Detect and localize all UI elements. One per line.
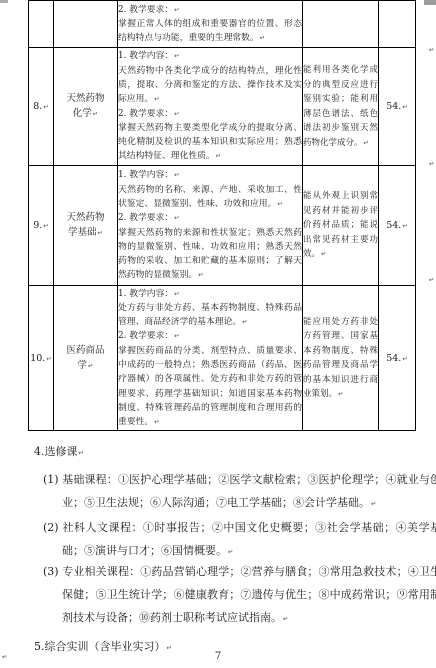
- paragraph-mark: ↵: [154, 418, 159, 426]
- course-table-body: 2. 教学要求：↵掌握正常人体的组成和重要器官的位置、形态结构特点与功能，重要的…: [29, 1, 416, 431]
- content-paragraph: 2. 教学要求：↵: [118, 3, 302, 17]
- paragraph-mark: ↵: [402, 222, 407, 230]
- paragraph-mark: ↵: [98, 229, 103, 237]
- elective-group-basic: (1) 基础课程：①医护心理学基础；②医学文献检索；③医护伦理学；④就业与创业；…: [43, 468, 436, 516]
- content-paragraph: 处方药与非处方药、基本药物制度、特殊药品管理、商品经济学的基本理论。↵: [118, 301, 302, 330]
- paragraph-mark: ↵: [93, 110, 98, 118]
- paragraph-mark: ↵: [154, 95, 159, 103]
- paragraph-mark: ↵: [174, 6, 179, 14]
- course-name-cell: [54, 1, 118, 48]
- elective-heading-text: 4.选修课: [34, 445, 78, 458]
- paragraph-mark: ↵: [228, 548, 233, 556]
- class-hours-cell: [379, 1, 416, 48]
- course-table: 2. 教学要求：↵掌握正常人体的组成和重要器官的位置、形态结构特点与功能，重要的…: [28, 0, 416, 431]
- elective-group-text: (3) 专业相关课程：①药品营销心理学；②营养与膳食；③常用急救技术；④卫生保健…: [43, 565, 436, 624]
- paragraph-mark: ↵: [174, 52, 179, 60]
- paragraph-mark: ↵: [79, 449, 84, 457]
- page-edge-artifact-right: [424, 0, 436, 5]
- table-row: 8.↵天然药物 化学↵1. 教学内容：↵天然药物中各类化学成分的结构特点，理化性…: [29, 48, 416, 166]
- paragraph-mark: ↵: [216, 152, 221, 160]
- course-number-cell: 8.↵: [29, 48, 54, 166]
- content-paragraph: 掌握正常人体的组成和重要器官的位置、形态结构特点与功能，重要的生理常数。↵: [118, 17, 302, 46]
- page-number: 7: [0, 651, 436, 662]
- page-edge-artifact-left: [0, 0, 8, 3]
- content-paragraph: 天然药物的名称、来源、产地、采收加工、性状鉴定、显微鉴别、性味、功效和应用。↵: [118, 183, 302, 212]
- table-row: 2. 教学要求：↵掌握正常人体的组成和重要器官的位置、形态结构特点与功能，重要的…: [29, 1, 416, 48]
- paragraph-mark: ↵: [88, 362, 93, 370]
- paragraph-mark: ↵: [43, 222, 48, 230]
- course-content-cell: 2. 教学要求：↵掌握正常人体的组成和重要器官的位置、形态结构特点与功能，重要的…: [118, 1, 303, 48]
- content-paragraph: 2. 教学要求：↵: [118, 107, 302, 121]
- paragraph-mark: ↵: [46, 355, 51, 363]
- content-paragraph: 1. 教学内容：↵: [118, 287, 302, 301]
- course-name-cell: 天然药物 学基础↵: [54, 166, 118, 286]
- paragraph-mark: ↵: [260, 34, 265, 42]
- paragraph-mark: ↵: [338, 390, 343, 398]
- class-hours-cell: 54.↵: [379, 48, 416, 166]
- paragraph-mark: ↵: [174, 290, 179, 298]
- content-paragraph: 天然药物中各类化学成分的结构特点，理化性质，提取、分离和鉴定的方法、操作技术及实…: [118, 64, 302, 107]
- paragraph-mark: ↵: [277, 200, 282, 208]
- course-name-cell: 医药商品 学↵: [54, 286, 118, 431]
- skill-requirement-cell: 能应用处方药非处方药管理、国家基本药物制度、特殊药品管理及商品学的基本知识进行商…: [303, 286, 379, 431]
- course-number-cell: [29, 1, 54, 48]
- course-content-cell: 1. 教学内容：↵天然药物的名称、来源、产地、采收加工、性状鉴定、显微鉴别、性味…: [118, 166, 303, 286]
- paragraph-mark: ↵: [402, 355, 407, 363]
- elective-group-text: (1) 基础课程：①医护心理学基础；②医学文献检索；③医护伦理学；④就业与创业；…: [43, 473, 436, 509]
- course-content-cell: 1. 教学内容：↵处方药与非处方药、基本药物制度、特殊药品管理、商品经济学的基本…: [118, 286, 303, 431]
- paragraph-mark: ↵: [242, 318, 247, 326]
- course-content-cell: 1. 教学内容：↵天然药物中各类化学成分的结构特点，理化性质，提取、分离和鉴定的…: [118, 48, 303, 166]
- paragraph-mark: ↵: [321, 250, 326, 258]
- table-row: 10.↵医药商品 学↵1. 教学内容：↵处方药与非处方药、基本药物制度、特殊药品…: [29, 286, 416, 431]
- elective-group-professional: (3) 专业相关课程：①药品营销心理学；②营养与膳食；③常用急救技术；④卫生保健…: [43, 560, 436, 631]
- elective-group-text: (2) 社科人文课程：①时事报告；②中国文化史概要；③社会学基础；④美学基础；⑤…: [43, 521, 436, 557]
- course-number-cell: 9.↵: [29, 166, 54, 286]
- paragraph-mark: ↵: [402, 103, 407, 111]
- paragraph-mark: ↵: [283, 615, 288, 623]
- row-end-mark: ↵: [429, 160, 434, 168]
- elective-courses-heading: 4.选修课↵: [34, 440, 84, 465]
- content-paragraph: 掌握天然药物主要类型化学成分的提取分离、纯化精制及检识的基本知识和实际应用；熟悉…: [118, 121, 302, 164]
- table-row: 9.↵天然药物 学基础↵1. 教学内容：↵天然药物的名称、来源、产地、采收加工、…: [29, 166, 416, 286]
- paragraph-mark: ↵: [371, 500, 376, 508]
- content-paragraph: 掌握医药商品的分类、剂型特点、质量要求、中成药的一般特点；熟悉医药商品（药品、医…: [118, 344, 302, 430]
- paragraph-mark: ↵: [174, 214, 179, 222]
- class-hours-cell: 54.↵: [379, 166, 416, 286]
- content-paragraph: 1. 教学内容：↵: [118, 168, 302, 182]
- document-page: 2. 教学要求：↵掌握正常人体的组成和重要器官的位置、形态结构特点与功能，重要的…: [0, 0, 436, 668]
- skill-requirement-cell: 能从外观上识别常见药材并能初步评价药材品质；能说出常见药材主要功效。↵: [303, 166, 379, 286]
- paragraph-mark: ↵: [364, 139, 369, 147]
- skill-requirement-cell: 能利用各类化学成分的典型反应进行鉴别实验；能利用薄层色谱法、纸色谱法初步鉴别天然…: [303, 48, 379, 166]
- content-paragraph: 2. 教学要求：↵: [118, 329, 302, 343]
- class-hours-cell: 54.↵: [379, 286, 416, 431]
- content-paragraph: 2. 教学要求：↵: [118, 211, 302, 225]
- row-end-mark: ↵: [429, 276, 434, 284]
- paragraph-mark: ↵: [174, 171, 179, 179]
- course-number-cell: 10.↵: [29, 286, 54, 431]
- row-end-mark: ↵: [429, 46, 434, 54]
- paragraph-mark: ↵: [43, 103, 48, 111]
- course-name-cell: 天然药物 化学↵: [54, 48, 118, 166]
- elective-group-humanities: (2) 社科人文课程：①时事报告；②中国文化史概要；③社会学基础；④美学基础；⑤…: [43, 516, 436, 564]
- skill-requirement-cell: [303, 1, 379, 48]
- paragraph-mark: ↵: [174, 110, 179, 118]
- paragraph-mark: ↵: [198, 271, 203, 279]
- content-paragraph: 掌握天然药物的来源和性状鉴定；熟悉天然药物的显微鉴别、性味、功效和应用；熟悉天然…: [118, 226, 302, 283]
- paragraph-mark: ↵: [174, 332, 179, 340]
- content-paragraph: 1. 教学内容：↵: [118, 49, 302, 63]
